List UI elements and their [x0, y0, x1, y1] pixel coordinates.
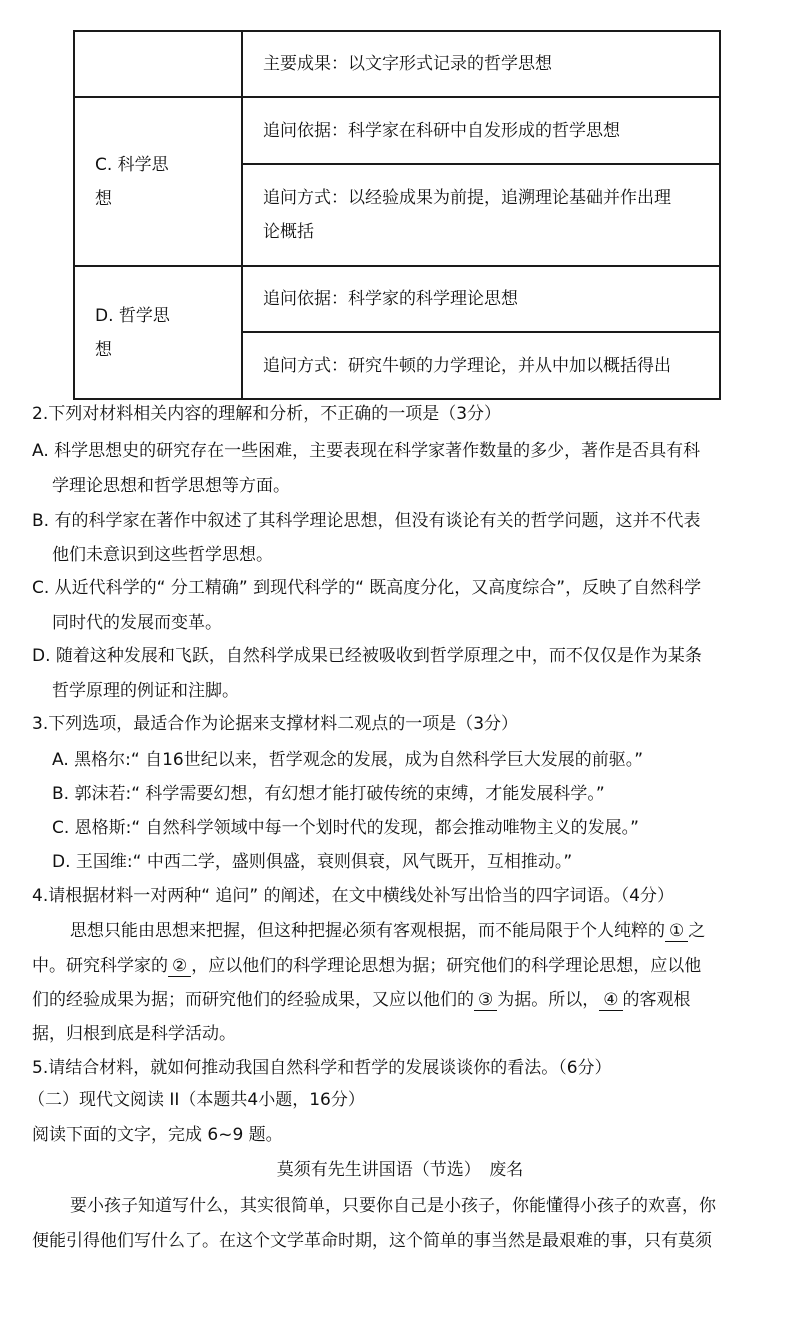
comparison-table: 主要成果：以文字形式记录的哲学思想 C. 科学思 想 追问依据：科学家在科研中自… [73, 30, 721, 400]
table-cell: 追问方式：以经验成果为前提，追溯理论基础并作出理 论概括 [242, 164, 720, 266]
q2-option-d: D. 随着这种发展和飞跃，自然科学成果已经被吸收到哲学原理之中，而不仅仅是作为某… [32, 646, 772, 666]
q2-option-a-cont: 学理论思想和哲学思想等方面。 [52, 476, 792, 496]
passage-paragraph-line-2: 便能引得他们写什么了。在这个文学革命时期，这个简单的事当然是最艰难的事，只有莫须 [32, 1231, 772, 1251]
q4-passage-line-2: 中。研究科学家的②，应以他们的科学理论思想为据；研究他们的科学理论思想，应以他 [32, 956, 772, 977]
q2-option-d-cont: 哲学原理的例证和注脚。 [52, 681, 792, 701]
passage-title: 莫须有先生讲国语（节选） 废名 [0, 1160, 800, 1180]
reading-instruction: 阅读下面的文字，完成 6~9 题。 [32, 1125, 772, 1145]
fill-blank-4[interactable]: ④ [599, 990, 622, 1011]
fill-blank-1[interactable]: ① [665, 921, 688, 942]
table-row-label-empty [74, 31, 242, 97]
question-2-stem: 2.下列对材料相关内容的理解和分析，不正确的一项是（3分） [32, 404, 772, 424]
q2-option-c-cont: 同时代的发展而变革。 [52, 613, 792, 633]
question-4-stem: 4.请根据材料一对两种“ 追问” 的阐述，在文中横线处补写出恰当的四字词语。（4… [32, 886, 772, 906]
q4-passage-line-1: 思想只能由思想来把握，但这种把握必须有客观根据，而不能局限于个人纯粹的①之 [70, 921, 800, 942]
q2-option-b: B. 有的科学家在著作中叙述了其科学理论思想，但没有谈论有关的哲学问题，这并不代… [32, 511, 772, 531]
table-row-label-d: D. 哲学思 想 [74, 266, 242, 399]
question-3-stem: 3.下列选项，最适合作为论据来支撑材料二观点的一项是（3分） [32, 714, 772, 734]
q3-option-c: C. 恩格斯:“ 自然科学领域中每一个划时代的发现，都会推动唯物主义的发展。” [52, 818, 792, 838]
table-cell: 追问依据：科学家在科研中自发形成的哲学思想 [242, 97, 720, 164]
q2-option-b-cont: 他们未意识到这些哲学思想。 [52, 545, 792, 565]
fill-blank-3[interactable]: ③ [474, 990, 497, 1011]
table-row-label-c: C. 科学思 想 [74, 97, 242, 266]
q2-option-c: C. 从近代科学的“ 分工精确” 到现代科学的“ 既高度分化，又高度综合”，反映… [32, 578, 772, 598]
q4-passage-line-3: 们的经验成果为据；而研究他们的经验成果，又应以他们的③为据。所以，④的客观根 [32, 990, 772, 1011]
table-cell: 追问依据：科学家的科学理论思想 [242, 266, 720, 332]
table-cell: 主要成果：以文字形式记录的哲学思想 [242, 31, 720, 97]
table-cell: 追问方式：研究牛顿的力学理论，并从中加以概括得出 [242, 332, 720, 399]
q2-option-a: A. 科学思想史的研究存在一些困难，主要表现在科学家著作数量的多少，著作是否具有… [32, 441, 772, 461]
question-5-stem: 5.请结合材料，就如何推动我国自然科学和哲学的发展谈谈你的看法。（6分） [32, 1058, 772, 1078]
q3-option-d: D. 王国维:“ 中西二学，盛则俱盛，衰则俱衰，风气既开，互相推动。” [52, 852, 792, 872]
fill-blank-2[interactable]: ② [168, 956, 191, 977]
q3-option-b: B. 郭沫若:“ 科学需要幻想，有幻想才能打破传统的束缚，才能发展科学。” [52, 784, 792, 804]
passage-paragraph-line-1: 要小孩子知道写什么，其实很简单，只要你自己是小孩子，你能懂得小孩子的欢喜，你 [70, 1196, 800, 1216]
q3-option-a: A. 黑格尔:“ 自16世纪以来，哲学观念的发展，成为自然科学巨大发展的前驱。” [52, 750, 792, 770]
q4-passage-line-4: 据，归根到底是科学活动。 [32, 1024, 772, 1044]
section-2-heading: （二）现代文阅读 II（本题共4小题，16分） [28, 1090, 768, 1110]
